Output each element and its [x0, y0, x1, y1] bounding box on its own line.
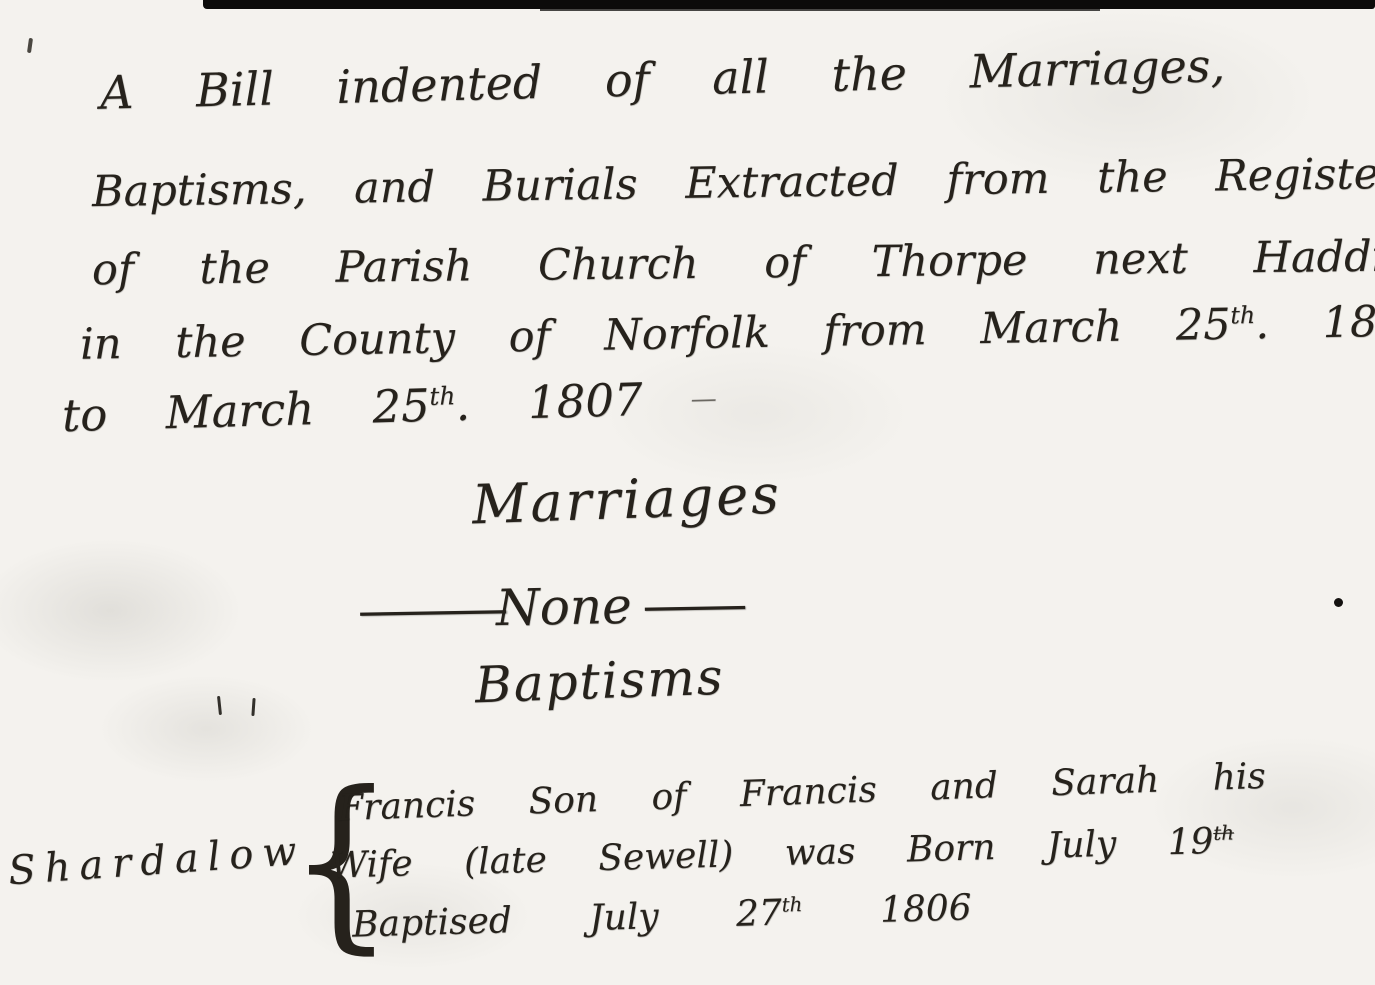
ink-mark — [251, 698, 255, 716]
entry-line-2: Wife (late Sewell) was Born July 19th — [330, 820, 1235, 886]
dash-right: — — [639, 575, 750, 635]
ink-mark — [217, 696, 222, 715]
title-line-2: Baptisms, and Burials Extracted from the… — [92, 149, 1375, 217]
baptisms-heading: Baptisms — [474, 648, 725, 715]
title-line-5-text: to March 25 — [61, 379, 430, 442]
ordinal-suffix: th — [1213, 821, 1234, 845]
trailing-dash: — — [690, 384, 717, 415]
title-line-4-text: in the County of Norfolk from March 25 — [80, 300, 1231, 370]
marriages-none-value: None — [496, 577, 633, 637]
entry-surname: Shardalow — [7, 828, 307, 895]
scanned-register-page: A Bill indented of all the Marriages, Ba… — [0, 0, 1375, 985]
title-line-5-year: . 1807 — [455, 373, 644, 431]
marriages-none-row: — None — — [408, 575, 721, 638]
title-line-1: A Bill indented of all the Marriages, — [100, 38, 1226, 119]
title-line-5: to March 25th. 1807— — [61, 371, 717, 442]
ordinal-suffix: th — [429, 381, 456, 411]
title-line-3: of the Parish Church of Thorpe next Hadd… — [92, 231, 1375, 296]
marriages-heading: Marriages — [471, 463, 783, 537]
entry-line-1: Francis Son of Francis and Sarah his — [338, 756, 1267, 829]
entry-line-3-text: Baptised July 27 — [352, 893, 783, 946]
entry-line-3-year: 1806 — [802, 887, 972, 933]
ordinal-suffix: th — [781, 893, 802, 917]
ink-mark — [27, 38, 33, 53]
title-line-4: in the County of Norfolk from March 25th… — [80, 296, 1375, 370]
entry-line-3: Baptised July 27th 1806 — [352, 887, 973, 945]
title-line-4-year: . 1806 — [1255, 296, 1375, 349]
scan-edge-artifact — [540, 8, 1100, 11]
ordinal-suffix: th — [1230, 301, 1255, 329]
ink-spot — [1334, 598, 1343, 607]
dash-left: — — [353, 579, 514, 640]
entry-line-2-text: Wife (late Sewell) was Born July 19 — [330, 821, 1214, 887]
